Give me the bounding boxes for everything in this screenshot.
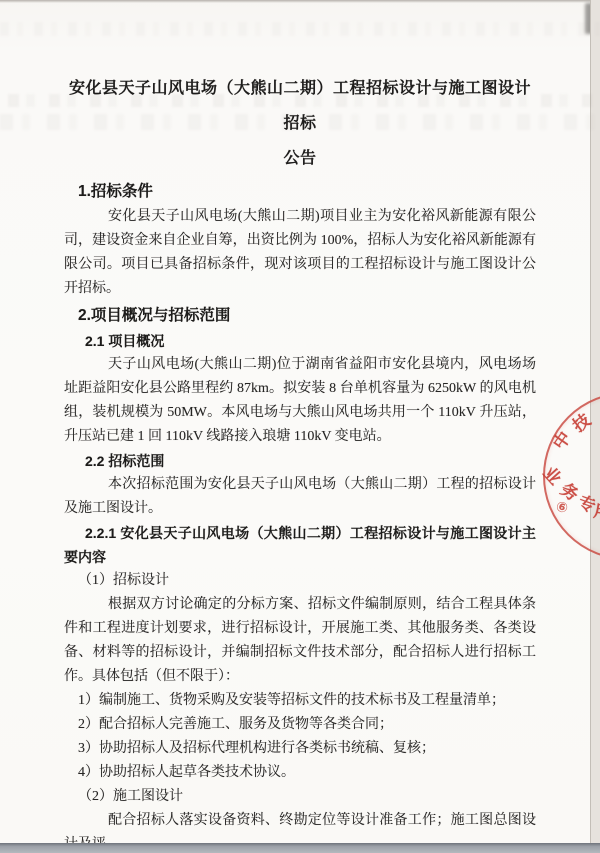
list-item-1: 1）编制施工、货物采购及安装等招标文件的技术标书及工程量清单；	[64, 689, 536, 713]
section221-heading: 2.2.1 安化县天子山风电场（大熊山二期）工程招标设计与施工图设计主要内容	[64, 521, 536, 569]
list-item-4: 4）协助招标人起草各类技术协议。	[64, 761, 536, 785]
document-body: 安化县天子山风电场（大熊山二期）工程招标设计与施工图设计招标 公告 1.招标条件…	[64, 71, 536, 853]
item1-paragraph: 根据双方讨论确定的分标方案、招标文件编制原则，结合工程具体条件和工程进度计划要求…	[64, 593, 536, 689]
section22-paragraph: 本次招标范围为安化县天子山风电场（大熊山二期）工程的招标设计及施工图设计。	[64, 473, 536, 521]
list-item-3: 3）协助招标人及招标代理机构进行各类标书统稿、复核；	[64, 737, 536, 761]
section1-paragraph: 安化县天子山风电场(大熊山二期)项目业主为安化裕风新能源有限公司，建设资金来自企…	[64, 205, 536, 301]
section2-heading: 2.项目概况与招标范围	[64, 303, 536, 329]
document-title-line2: 公告	[64, 141, 536, 176]
document-title-line1: 安化县天子山风电场（大熊山二期）工程招标设计与施工图设计招标	[64, 71, 536, 141]
list-item-2: 2）配合招标人完善施工、服务及货物等各类合同；	[64, 713, 536, 737]
section1-heading: 1.招标条件	[64, 179, 536, 205]
section21-paragraph: 天子山风电场(大熊山二期)位于湖南省益阳市安化县境内，风电场场址距益阳安化县公路…	[64, 353, 536, 449]
scan-top-edge	[0, 0, 600, 3]
item1-heading: （1）招标设计	[64, 569, 536, 593]
section22-heading: 2.2 招标范围	[64, 449, 536, 473]
section21-heading: 2.1 项目概况	[64, 329, 536, 353]
document-title: 安化县天子山风电场（大熊山二期）工程招标设计与施工图设计招标 公告	[64, 71, 536, 176]
bleedthrough-band	[0, 22, 600, 36]
scanned-document-page: 安化县天子山风电场（大熊山二期）工程招标设计与施工图设计招标 公告 1.招标条件…	[0, 0, 600, 853]
item2-heading: （2）施工图设计	[64, 785, 536, 809]
scan-bottom-edge	[0, 843, 600, 853]
